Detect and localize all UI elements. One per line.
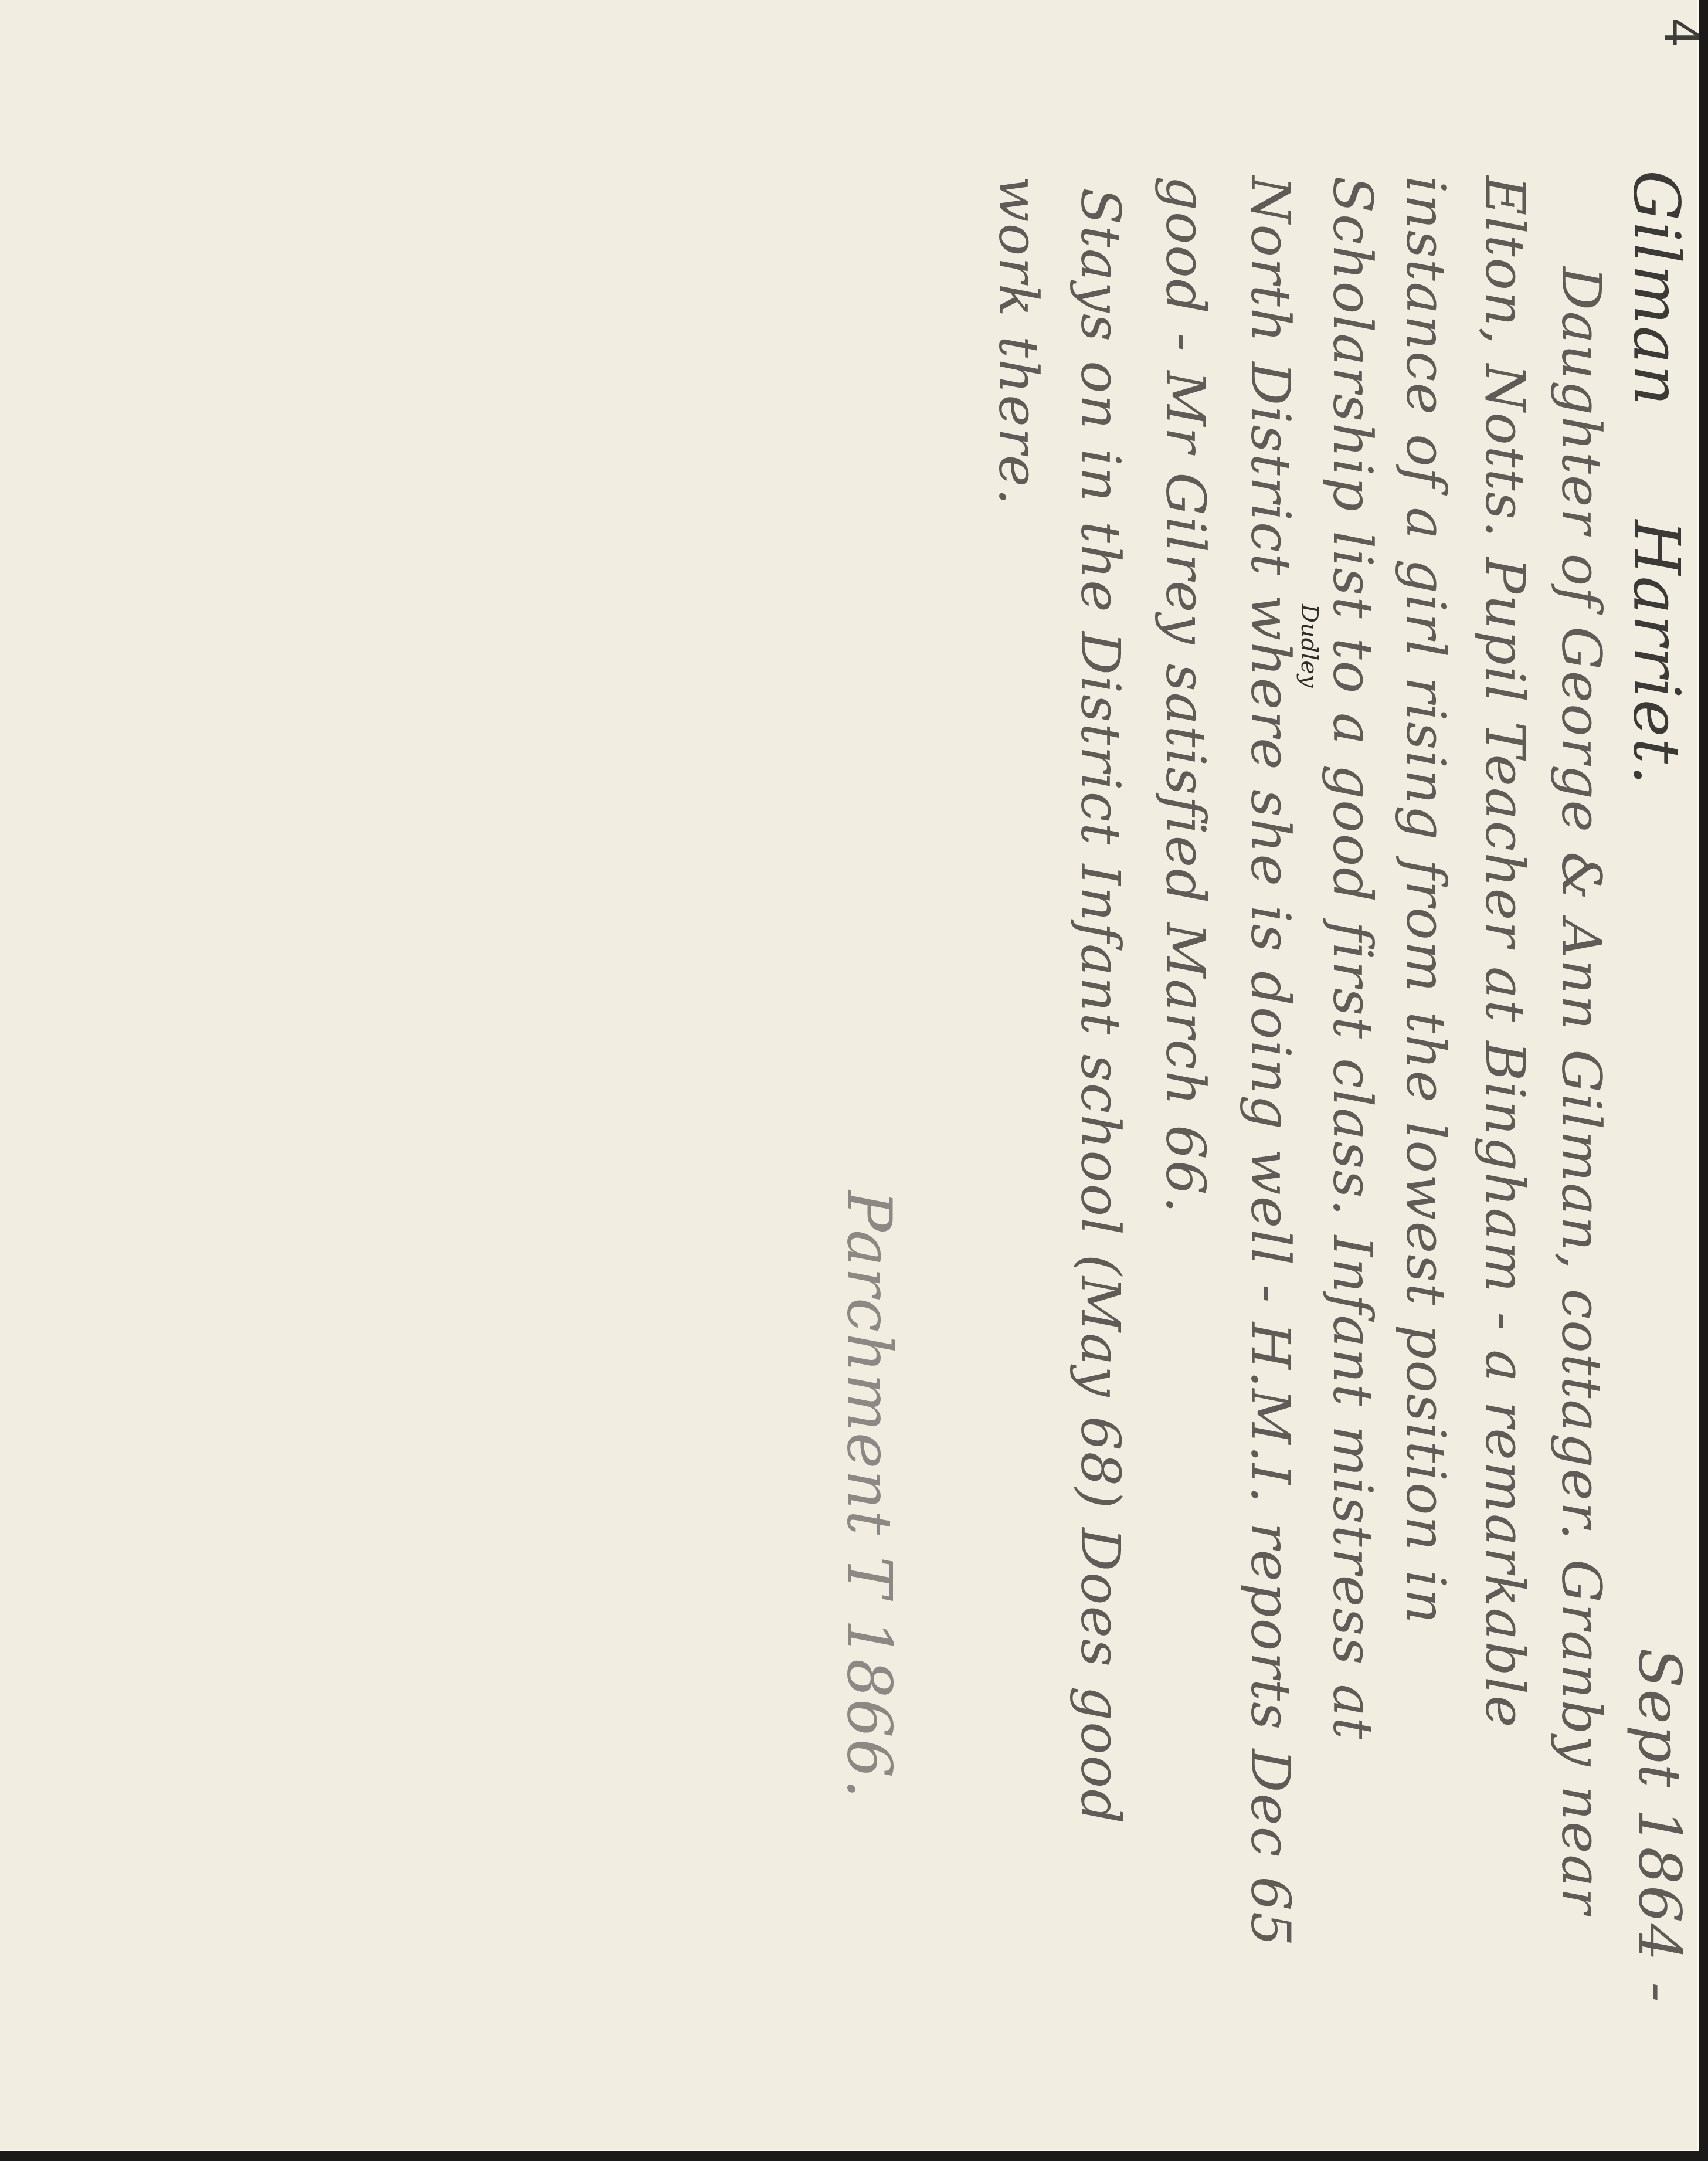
entry-line-7: Stays on in the District Infant school (…	[1073, 188, 1127, 1825]
entry-line-5: North District where she is doing well -…	[1243, 176, 1297, 1948]
entry-line-4: Scholarship list to a good first class. …	[1325, 176, 1379, 1741]
entry-date: Sept 1864 -	[1630, 1648, 1689, 2003]
entry-line-6: good - Mr Gilrey satisfied March 66.	[1158, 176, 1212, 1214]
surname: Gilman	[1619, 170, 1693, 407]
entry-line-1: Daughter of George & Ann Gilman, cottage…	[1554, 267, 1608, 1915]
entry-name: Gilman Harriet.	[1624, 170, 1687, 786]
page-number: 4	[1653, 18, 1708, 48]
parchment-note: Parchment T 1866.	[838, 1190, 899, 1799]
entry-line-3: instance of a girl rising from the lowes…	[1398, 176, 1452, 1624]
entry-line-8: work there.	[991, 176, 1045, 506]
document-page: 4 Gilman Harriet. Sept 1864 - Daughter o…	[0, 0, 1699, 2151]
entry-line-2: Elton, Notts. Pupil Teacher at Bingham -…	[1478, 176, 1532, 1728]
forename: Harriet.	[1619, 520, 1693, 786]
